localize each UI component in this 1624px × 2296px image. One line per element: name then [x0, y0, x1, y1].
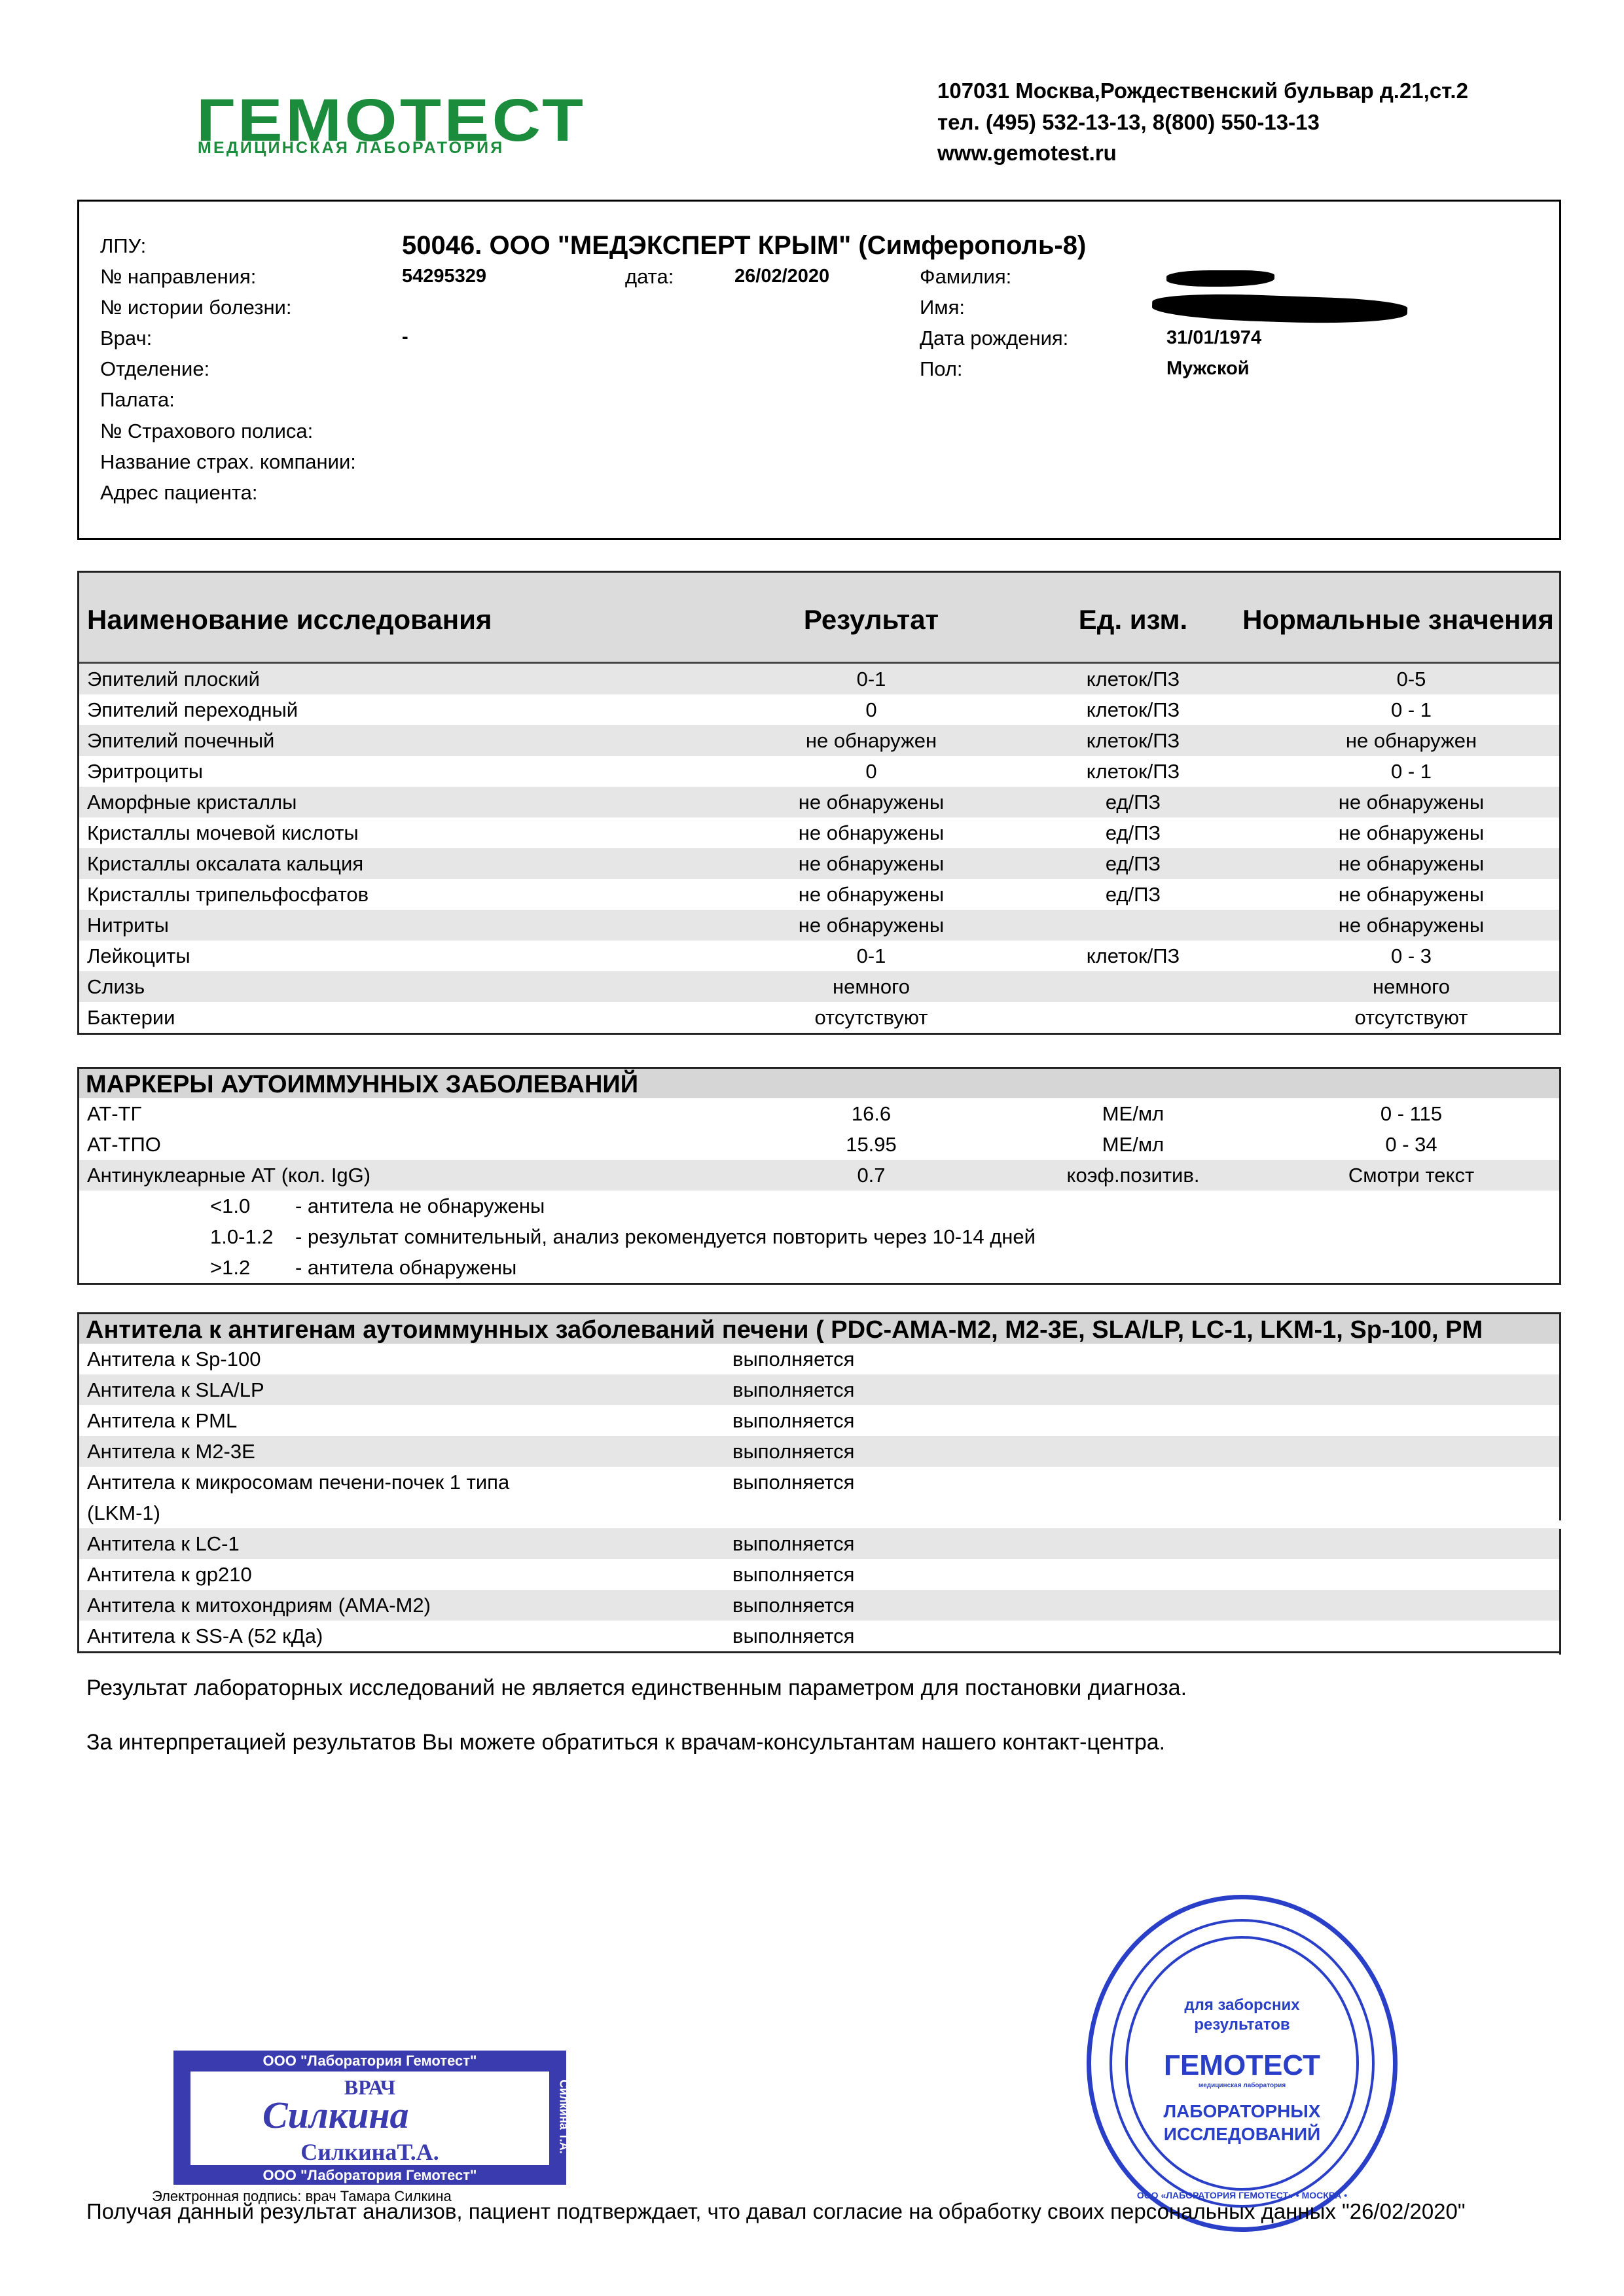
table-row: Аморфные кристаллыне обнаруженыед/ПЗне о… [79, 787, 1559, 817]
sex-label: Пол: [920, 359, 963, 379]
table-row: Кристаллы трипельфосфатовне обнаруженыед… [79, 879, 1559, 910]
table-row: Нитритыне обнаруженыне обнаружены [79, 910, 1559, 941]
test-result: выполняется [732, 1626, 854, 1646]
test-name: Кристаллы мочевой кислоты [87, 823, 359, 843]
test-unit: клеток/ПЗ [1002, 761, 1264, 781]
test-name: Эпителий переходный [87, 700, 298, 720]
lab-phone: тел. (495) 532-13-13, 8(800) 550-13-13 [937, 111, 1320, 133]
birthdate-label: Дата рождения: [920, 328, 1068, 348]
results-table: Наименование исследования Результат Ед. … [77, 571, 1561, 1035]
note-range: <1.0 [210, 1196, 250, 1216]
table-row: Бактерииотсутствуютотсутствуют [79, 1002, 1559, 1033]
test-result: выполняется [732, 1380, 854, 1400]
seal-line-4: ИССЛЕДОВАНИЙ [1091, 2125, 1393, 2144]
test-unit: МЕ/мл [1002, 1134, 1264, 1155]
test-name: Антитела к SS-A (52 кДа) [87, 1626, 323, 1646]
table-row: Эпителий переходный0клеток/ПЗ0 - 1 [79, 694, 1559, 725]
test-norm: 0 - 1 [1264, 761, 1559, 781]
test-unit: МЕ/мл [1002, 1103, 1264, 1124]
test-result: 0 [740, 761, 1002, 781]
col-result: Результат [740, 604, 1002, 636]
doctor-stamp: ООО "Лаборатория Гемотест" ООО "Лаборато… [173, 2051, 566, 2185]
test-norm: не обнаружены [1264, 884, 1559, 905]
interpretation-note: >1.2- антитела обнаружены [79, 1252, 1559, 1283]
patient-address-label: Адрес пациента: [100, 482, 258, 503]
doctor-value: - [402, 328, 408, 347]
test-name: Антитела к gp210 [87, 1564, 252, 1585]
test-name: Аморфные кристаллы [87, 792, 297, 812]
consent-footer: Получая данный результат анализов, пацие… [86, 2200, 1466, 2222]
date-value: 26/02/2020 [734, 267, 829, 286]
date-label: дата: [625, 266, 674, 287]
test-name: АТ-ТГ [87, 1103, 141, 1124]
test-result: отсутствуют [740, 1007, 1002, 1028]
note-range: >1.2 [210, 1257, 250, 1278]
disclaimer-2: За интерпретацией результатов Вы можете … [86, 1731, 1165, 1753]
test-norm: не обнаружены [1264, 792, 1559, 812]
table-row: АТ-ТГ16.6МЕ/мл0 - 115 [79, 1098, 1559, 1129]
test-norm: Смотри текст [1264, 1165, 1559, 1185]
sex-value: Мужской [1166, 359, 1250, 378]
test-norm: 0 - 1 [1264, 700, 1559, 720]
table-row: Кристаллы мочевой кислотыне обнаруженыед… [79, 817, 1559, 848]
lpu-value: 50046. ООО "МЕДЭКСПЕРТ КРЫМ" (Симферопол… [402, 232, 1086, 259]
test-norm: 0 - 3 [1264, 946, 1559, 966]
liver-header: Антитела к антигенам аутоиммунных заболе… [79, 1314, 1561, 1344]
signature: Силкина [262, 2096, 409, 2134]
test-unit: ед/ПЗ [1002, 853, 1264, 874]
note-range: 1.0-1.2 [210, 1227, 274, 1247]
liver-antibodies-section: Антитела к антигенам аутоиммунных заболе… [77, 1312, 1561, 1653]
table-row: Антитела к SS-A (52 кДа)выполняется [79, 1621, 1561, 1651]
test-name-cont: (LKM-1) [87, 1503, 160, 1523]
table-row: Антитела к PMLвыполняется [79, 1405, 1561, 1436]
birthdate-value: 31/01/1974 [1166, 329, 1261, 348]
test-name: Эпителий плоский [87, 669, 260, 689]
table-row: АТ-ТПО15.95МЕ/мл0 - 34 [79, 1129, 1559, 1160]
autoimmune-section: МАРКЕРЫ АУТОИММУННЫХ ЗАБОЛЕВАНИЙ АТ-ТГ16… [77, 1067, 1561, 1285]
test-result: 15.95 [740, 1134, 1002, 1155]
test-name: Эритроциты [87, 761, 203, 781]
seal-brand-sub: медицинская лаборатория [1091, 2083, 1393, 2089]
stamp-org-top: ООО "Лаборатория Гемотест" [173, 2054, 566, 2068]
name-label: Имя: [920, 297, 965, 317]
referral-label: № направления: [100, 266, 256, 287]
test-name: Антитела к митохондриям (АМА-М2) [87, 1595, 431, 1615]
test-name: Кристаллы трипельфосфатов [87, 884, 369, 905]
test-result: 0.7 [740, 1165, 1002, 1185]
stamp-org-bottom: ООО "Лаборатория Гемотест" [173, 2168, 566, 2183]
liver-border-right-top [1559, 1312, 1561, 1520]
test-result: 0-1 [740, 669, 1002, 689]
table-row: Кристаллы оксалата кальцияне обнаруженые… [79, 848, 1559, 879]
test-result: выполняется [732, 1564, 854, 1585]
test-norm: 0 - 115 [1264, 1103, 1559, 1124]
test-name: Антинуклеарные АТ (кол. IgG) [87, 1165, 370, 1185]
test-result: выполняется [732, 1410, 854, 1431]
insurer-label: Название страх. компании: [100, 452, 356, 472]
test-name: Кристаллы оксалата кальция [87, 853, 363, 874]
col-norm: Нормальные значения [1153, 604, 1624, 636]
table-row: Антитела к Sp-100выполняется [79, 1344, 1561, 1374]
test-unit: коэф.позитив. [1002, 1165, 1264, 1185]
liver-border-right-bottom [1559, 1529, 1561, 1655]
test-name: Нитриты [87, 915, 169, 935]
seal-ring-text: ООО «ЛАБОРАТОРИЯ ГЕМОТЕСТ» • МОСКВА • [1091, 2191, 1393, 2200]
disclaimer-1: Результат лабораторных исследований не я… [86, 1677, 1187, 1699]
test-unit: клеток/ПЗ [1002, 730, 1264, 751]
test-name: АТ-ТПО [87, 1134, 161, 1155]
test-norm: 0-5 [1264, 669, 1559, 689]
stamp-doctor-name: СилкинаТ.А. [190, 2140, 549, 2164]
test-name: Бактерии [87, 1007, 175, 1028]
surname-redacted [1166, 270, 1274, 287]
test-result: 0-1 [740, 946, 1002, 966]
doctor-label: Врач: [100, 328, 152, 348]
stamp-side-left: Силкина Т.А. [158, 2079, 170, 2153]
stamp-side-right: Силкина Т.А. [558, 2079, 570, 2153]
seal-line-3: ЛАБОРАТОРНЫХ [1091, 2102, 1393, 2121]
test-norm: не обнаружены [1264, 853, 1559, 874]
table-row: Антитела к LC-1выполняется [79, 1528, 1561, 1559]
test-result: выполняется [732, 1472, 854, 1492]
logo-tagline: МЕДИЦИНСКАЯ ЛАБОРАТОРИЯ [198, 140, 504, 156]
results-table-header: Наименование исследования Результат Ед. … [79, 573, 1559, 664]
table-row: Эпителий плоский0-1клеток/ПЗ0-5 [79, 664, 1559, 694]
test-result: не обнаружены [740, 792, 1002, 812]
test-unit: ед/ПЗ [1002, 792, 1264, 812]
test-name: Антитела к микросомам печени-почек 1 тип… [87, 1472, 509, 1492]
test-result: 0 [740, 700, 1002, 720]
history-label: № истории болезни: [100, 297, 292, 317]
lab-website: www.gemotest.ru [937, 142, 1117, 164]
table-row: Антитела к M2-3Eвыполняется [79, 1436, 1561, 1467]
policy-label: № Страхового полиса: [100, 421, 313, 441]
test-name: Антитела к SLA/LP [87, 1380, 264, 1400]
test-result: выполняется [732, 1441, 854, 1462]
table-row: Антитела к SLA/LPвыполняется [79, 1374, 1561, 1405]
test-norm: не обнаружены [1264, 823, 1559, 843]
test-result: 16.6 [740, 1103, 1002, 1124]
col-test-name: Наименование исследования [87, 604, 492, 636]
test-name: Лейкоциты [87, 946, 190, 966]
test-name: Антитела к Sp-100 [87, 1349, 261, 1369]
table-row: Антитела к gp210выполняется [79, 1559, 1561, 1590]
table-row: Антитела к митохондриям (АМА-М2)выполняе… [79, 1590, 1561, 1621]
interpretation-note: 1.0-1.2- результат сомнительный, анализ … [79, 1221, 1559, 1252]
test-unit: клеток/ПЗ [1002, 669, 1264, 689]
seal-brand: ГЕМОТЕСТ [1091, 2051, 1393, 2080]
table-row: Антитела к микросомам печени-почек 1 тип… [79, 1467, 1561, 1528]
autoimmune-title: МАРКЕРЫ АУТОИММУННЫХ ЗАБОЛЕВАНИЙ [86, 1072, 638, 1097]
test-norm: не обнаружен [1264, 730, 1559, 751]
test-result: не обнаружены [740, 823, 1002, 843]
test-result: выполняется [732, 1534, 854, 1554]
ward-label: Палата: [100, 389, 175, 410]
test-result: выполняется [732, 1349, 854, 1369]
test-result: не обнаружены [740, 853, 1002, 874]
test-unit: ед/ПЗ [1002, 884, 1264, 905]
test-norm: 0 - 34 [1264, 1134, 1559, 1155]
table-row: Лейкоциты0-1клеток/ПЗ0 - 3 [79, 941, 1559, 971]
test-result: не обнаружен [740, 730, 1002, 751]
table-row: Эпителий почечныйне обнаруженклеток/ПЗне… [79, 725, 1559, 756]
table-row: Антинуклеарные АТ (кол. IgG)0.7коэф.пози… [79, 1160, 1559, 1191]
lab-address: 107031 Москва,Рождественский бульвар д.2… [937, 80, 1468, 101]
test-norm: не обнаружены [1264, 915, 1559, 935]
test-result: не обнаружены [740, 884, 1002, 905]
test-norm: отсутствуют [1264, 1007, 1559, 1028]
autoimmune-header: МАРКЕРЫ АУТОИММУННЫХ ЗАБОЛЕВАНИЙ [79, 1069, 1559, 1098]
test-norm: немного [1264, 977, 1559, 997]
test-result: выполняется [732, 1595, 854, 1615]
department-label: Отделение: [100, 359, 209, 379]
test-name: Антитела к PML [87, 1410, 237, 1431]
interpretation-note: <1.0- антитела не обнаружены [79, 1191, 1559, 1221]
seal-line-1: для заборсних [1091, 1998, 1393, 2013]
test-result: не обнаружены [740, 915, 1002, 935]
seal-line-2: результатов [1091, 2017, 1393, 2033]
surname-label: Фамилия: [920, 266, 1011, 287]
test-unit: клеток/ПЗ [1002, 700, 1264, 720]
test-name: Антитела к LC-1 [87, 1534, 240, 1554]
test-name: Слизь [87, 977, 145, 997]
liver-title: Антитела к антигенам аутоиммунных заболе… [86, 1318, 1483, 1342]
test-unit: клеток/ПЗ [1002, 946, 1264, 966]
table-row: Слизьнемногонемного [79, 971, 1559, 1002]
test-name: Эпителий почечный [87, 730, 274, 751]
lpu-label: ЛПУ: [100, 236, 146, 256]
note-text: - антитела обнаружены [295, 1257, 516, 1278]
note-text: - результат сомнительный, анализ рекомен… [295, 1227, 1036, 1247]
test-result: немного [740, 977, 1002, 997]
round-seal-stamp: для заборсних результатов ГЕМОТЕСТ медиц… [1087, 1895, 1398, 2232]
table-row: Эритроциты0клеток/ПЗ0 - 1 [79, 756, 1559, 787]
note-text: - антитела не обнаружены [295, 1196, 545, 1216]
test-unit: ед/ПЗ [1002, 823, 1264, 843]
test-name: Антитела к M2-3E [87, 1441, 255, 1462]
referral-value: 54295329 [402, 267, 486, 286]
